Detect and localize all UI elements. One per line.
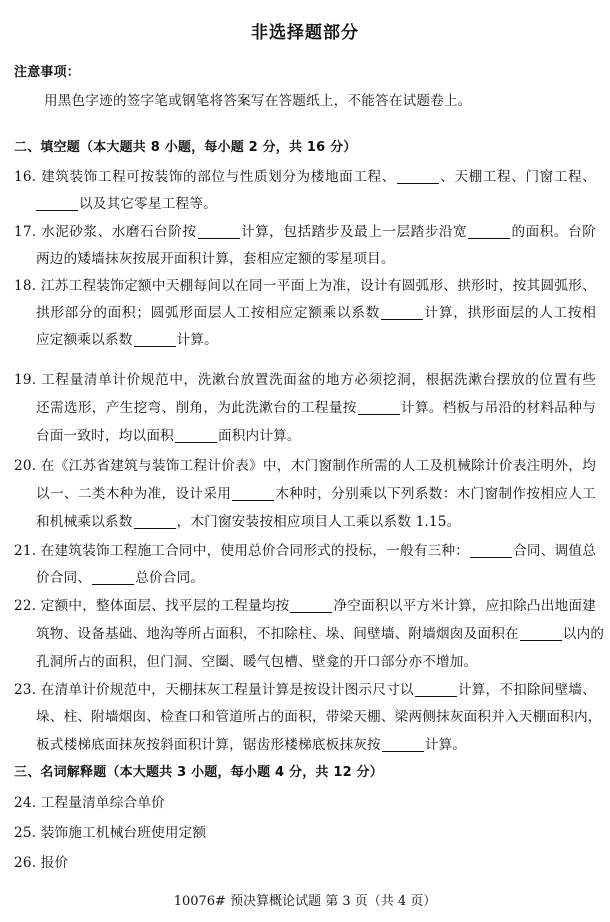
page-title: 非选择题部分 [0, 18, 610, 43]
question-20-line-3: 和机械乘以系数，木门窗安装按相应项目人工乘以系数 1.15。 [36, 509, 596, 535]
question-25: 25. 装饰施工机械台班使用定额 [14, 820, 596, 846]
answer-blank [468, 224, 510, 239]
section2-heading: 二、填空题（本大题共 8 小题，每小题 2 分，共 16 分） [14, 135, 596, 161]
notice-text: 用黑色字迹的签字笔或钢笔将答案写在答题纸上，不能答在试题卷上。 [44, 88, 610, 114]
question-22-line-3: 孔洞所占的面积，但门洞、空圈、暖气包槽、壁龛的开口部分亦不增加。 [36, 649, 596, 675]
question-20-line-2: 以一、二类木种为准，设计采用木种时，分别乘以下列系数：木门窗制作按相应人工 [36, 481, 596, 507]
question-22-line-2: 筑物、设备基础、地沟等所占面积，不扣除柱、垛、间壁墙、附墙烟囱及面积在以内的 [36, 621, 596, 647]
question-21-line-1: 21. 在建筑装饰工程施工合同中，使用总价合同形式的投标，一般有三种：合同、调值… [14, 538, 596, 564]
answer-blank [520, 626, 562, 641]
question-17-line-1: 17. 水泥砂浆、水磨石台阶按计算，包括踏步及最上一层踏步沿宽的面积。台阶 [14, 219, 596, 245]
question-24: 24. 工程量清单综合单价 [14, 790, 596, 816]
answer-blank [470, 543, 512, 558]
answer-blank [382, 737, 424, 752]
answer-blank [198, 224, 240, 239]
answer-blank [358, 400, 400, 415]
answer-blank [134, 514, 176, 529]
answer-blank [381, 305, 423, 320]
question-21-line-2: 价合同、总价合同。 [36, 565, 596, 591]
question-19-line-3: 台面一致时，均以面积面积内计算。 [36, 423, 596, 449]
answer-blank [36, 196, 78, 211]
answer-blank [175, 428, 217, 443]
question-18-line-2: 拱形部分的面积；圆弧形面层人工按相应定额乘以系数计算，拱形面层的人工按相 [36, 300, 596, 326]
answer-blank [415, 682, 457, 697]
question-22-line-1: 22. 定额中，整体面层、找平层的工程量均按净空面积以平方米计算，应扣除凸出地面… [14, 593, 596, 619]
question-26: 26. 报价 [14, 850, 596, 876]
question-16-line-1: 16. 建筑装饰工程可按装饰的部位与性质划分为楼地面工程、、天棚工程、门窗工程、 [14, 164, 596, 190]
answer-blank [397, 169, 439, 184]
question-19-line-1: 19. 工程量清单计价规范中，洗漱台放置洗面盆的地方必须挖洞，根据洗漱台摆放的位… [14, 367, 596, 393]
question-20-line-1: 20. 在《江苏省建筑与装饰工程计价表》中，木门窗制作所需的人工及机械除计价表注… [14, 453, 596, 479]
notice-heading: 注意事项： [14, 60, 596, 86]
question-23-line-2: 垛、柱、附墙烟囱、检查口和管道所占的面积，带梁天棚、梁两侧抹灰面积并入天棚面积内… [36, 704, 596, 730]
answer-blank [134, 332, 176, 347]
question-17-line-2: 两边的矮墙抹灰按展开面积计算，套相应定额的零星项目。 [36, 246, 596, 272]
question-18-line-3: 应定额乘以系数计算。 [36, 327, 596, 353]
answer-blank [232, 486, 274, 501]
question-23-line-1: 23. 在清单计价规范中，天棚抹灰工程量计算是按设计图示尺寸以计算，不扣除间壁墙… [14, 677, 596, 703]
page-footer: 10076# 预决算概论试题 第 3 页（共 4 页） [0, 891, 610, 913]
section3-heading: 三、名词解释题（本大题共 3 小题，每小题 4 分，共 12 分） [14, 760, 596, 786]
answer-blank [290, 598, 332, 613]
answer-blank [92, 570, 134, 585]
question-16-line-2: 以及其它零星工程等。 [36, 191, 596, 217]
question-18-line-1: 18. 江苏工程装饰定额中天棚每间以在同一平面上为准，设计有圆弧形、拱形时，按其… [14, 273, 596, 299]
question-23-line-3: 板式楼梯底面抹灰按斜面积计算，锯齿形楼梯底板抹灰按计算。 [36, 732, 596, 758]
question-19-line-2: 还需选形，产生挖弯、削角，为此洗漱台的工程量按计算。档板与吊沿的材料品种与 [36, 395, 596, 421]
